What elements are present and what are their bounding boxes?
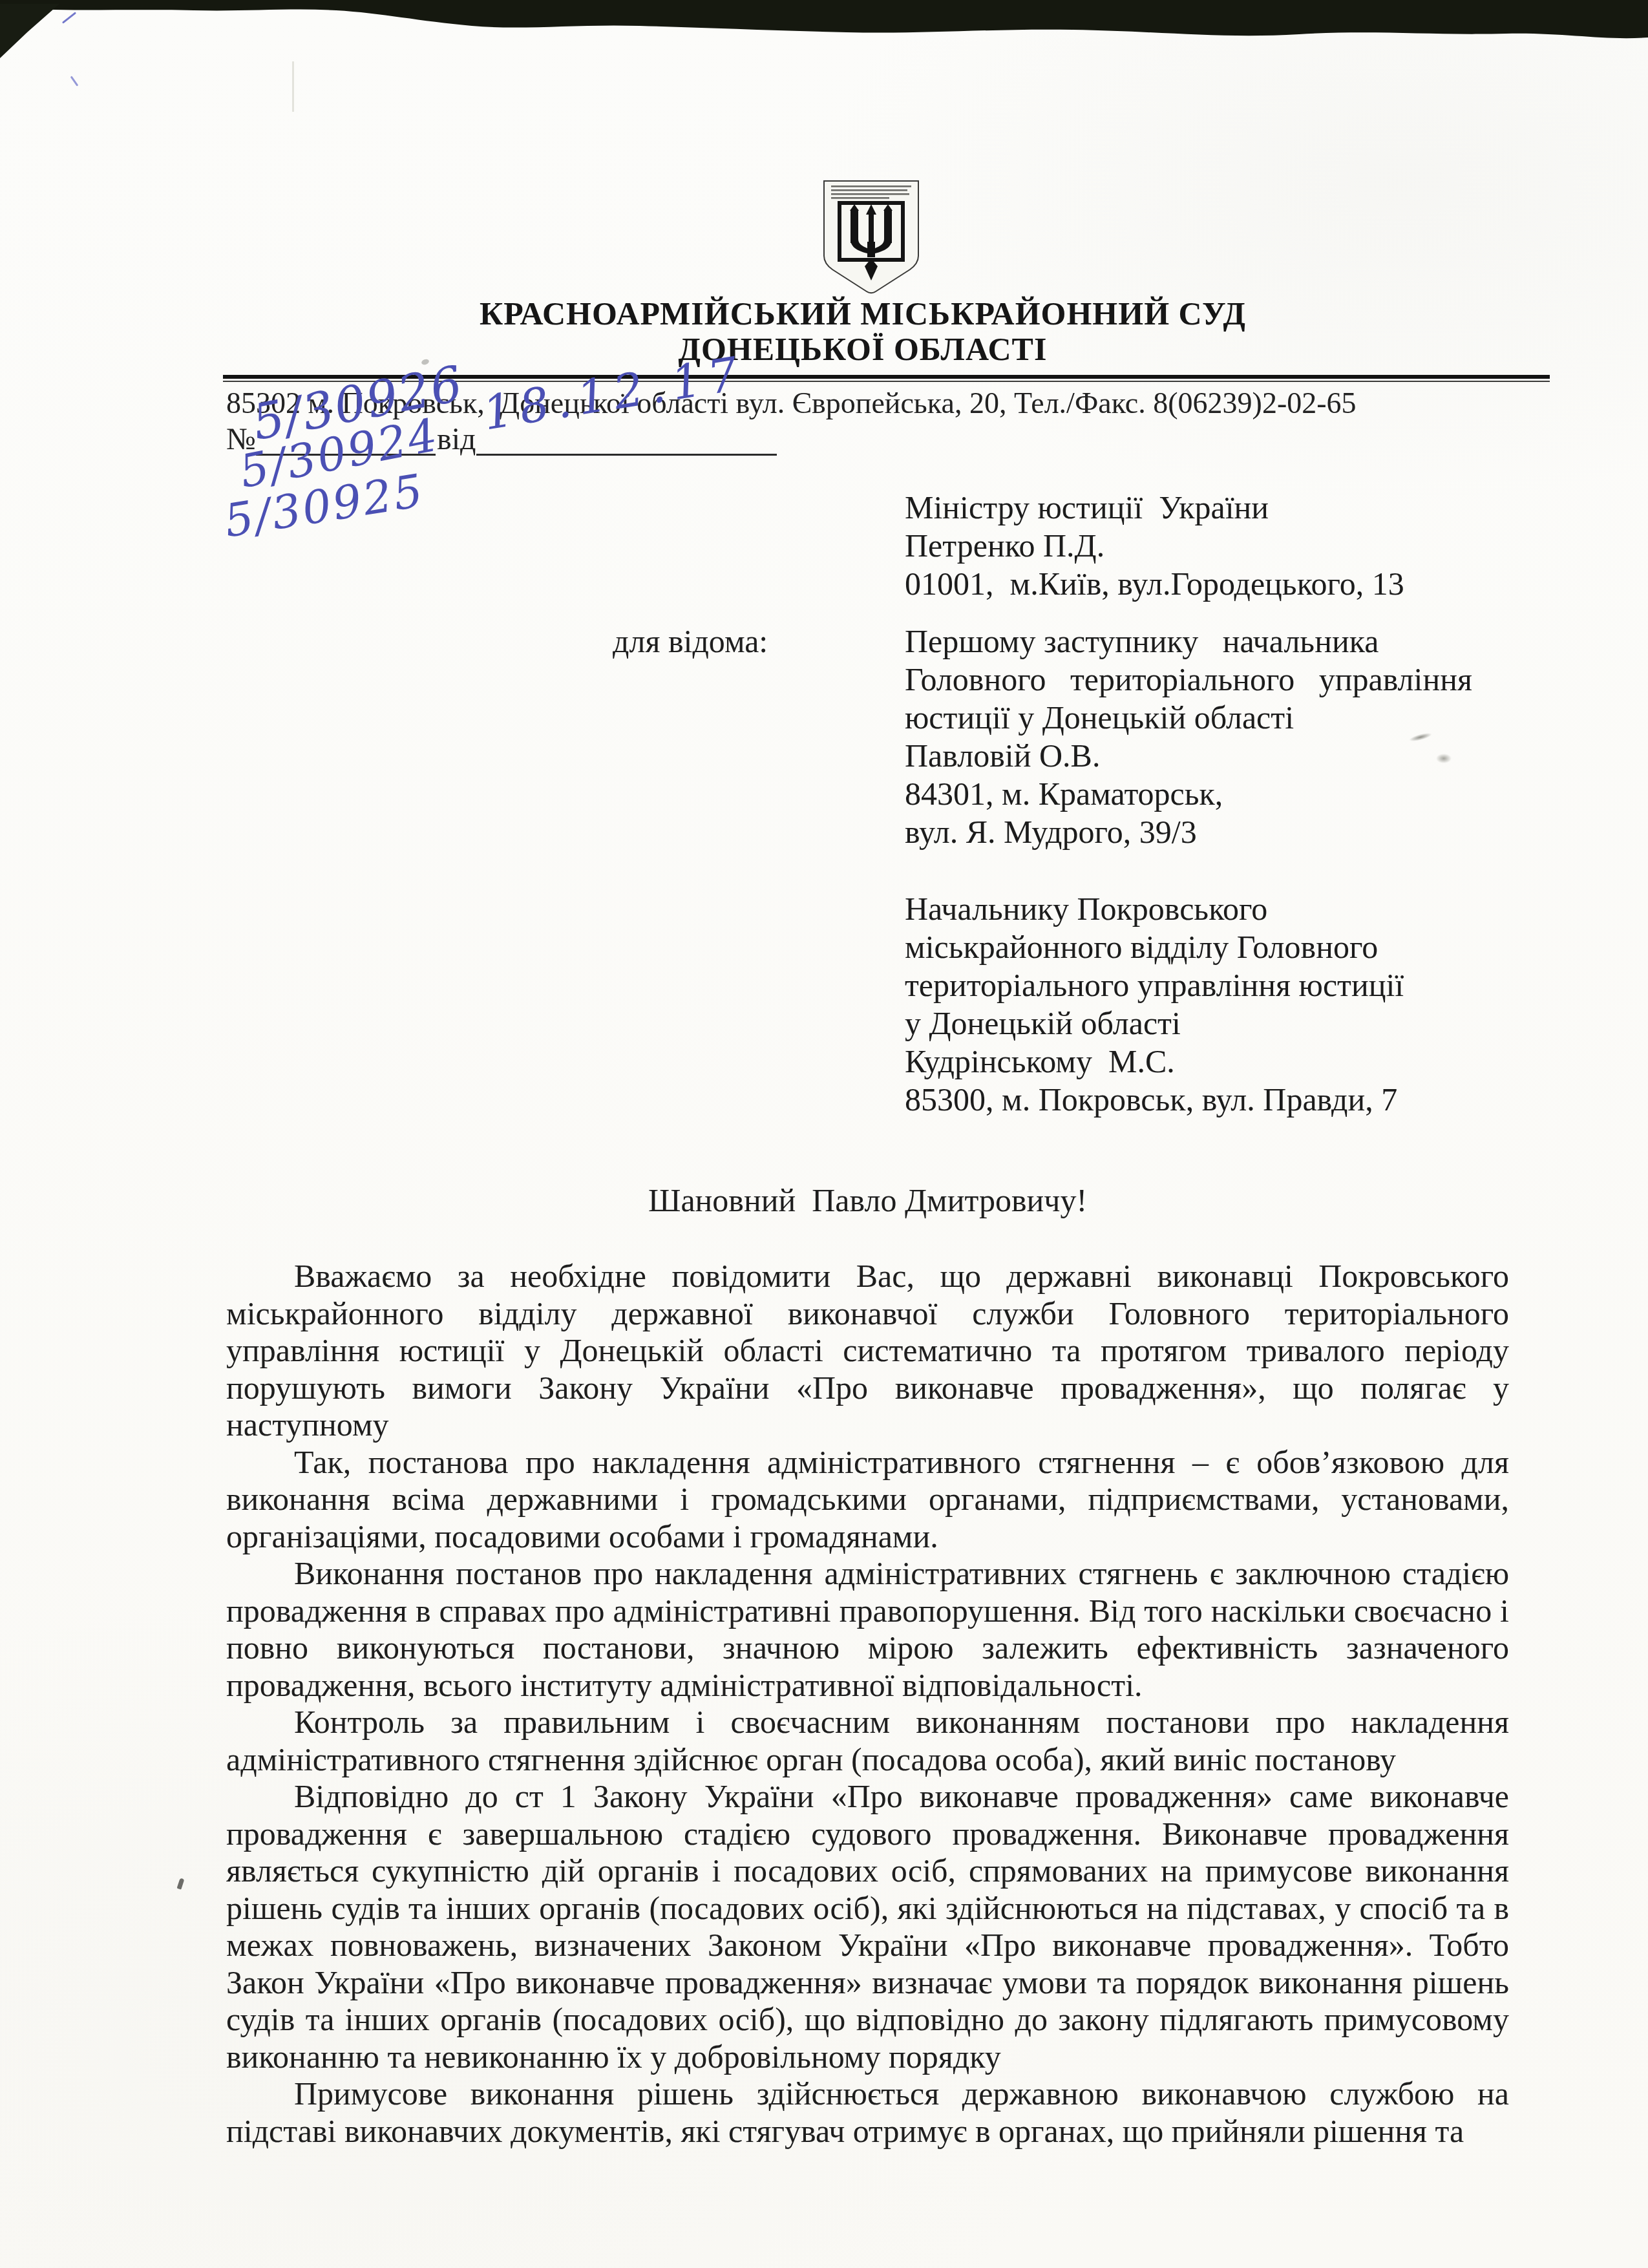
recipient-line: 01001, м.Київ, вул.Городецького, 13 [905, 565, 1404, 603]
recipient-line: Міністру юстиції України [905, 489, 1404, 527]
recipient-second: Першому заступнику начальника Головного … [905, 622, 1472, 851]
recipient-third: Начальнику Покровського міськрайонного в… [905, 890, 1404, 1119]
recipient-line: територіального управління юстиції [905, 966, 1404, 1004]
scan-edge-artifact-top [0, 0, 1648, 58]
court-name-line1: КРАСНОАРМІЙСЬКИЙ МІСЬКРАЙОННИЙ СУД [78, 296, 1648, 332]
scanned-letter-page: КРАСНОАРМІЙСЬКИЙ МІСЬКРАЙОННИЙ СУД ДОНЕЦ… [0, 0, 1648, 2268]
recipient-line: вул. Я. Мудрого, 39/3 [905, 813, 1472, 851]
recipient-line: юстиції у Донецькій області [905, 699, 1472, 737]
ref-date-label: від [437, 421, 476, 458]
paragraph: Контроль за правильним і своєчасним вико… [226, 1704, 1509, 1778]
salutation: Шановний Павло Дмитровичу! [226, 1182, 1509, 1219]
recipient-line: Петренко П.Д. [905, 527, 1404, 565]
paragraph: Примусове виконання рішень здійснюється … [226, 2075, 1509, 2150]
recipient-line: Головного територіального управління [905, 661, 1472, 699]
recipient-line: Кудрінському М.С. [905, 1043, 1404, 1081]
scan-ink-tick [177, 1878, 185, 1889]
paragraph: Виконання постанов про накладення адміні… [226, 1555, 1509, 1704]
pen-stray-mark [70, 76, 79, 86]
recipient-line: Начальнику Покровського [905, 890, 1404, 928]
paragraph: Так, постанова про накладення адміністра… [226, 1444, 1509, 1556]
recipient-primary: Міністру юстиції України Петренко П.Д. 0… [905, 489, 1404, 603]
recipient-line: Павловій О.В. [905, 737, 1472, 775]
recipient-line: Першому заступнику начальника [905, 622, 1472, 661]
ref-date-underline [476, 454, 777, 456]
paragraph: Відповідно до ст 1 Закону України «Про в… [226, 1778, 1509, 2075]
fyi-label: для відома: [613, 622, 768, 661]
letterhead-title: КРАСНОАРМІЙСЬКИЙ МІСЬКРАЙОННИЙ СУД ДОНЕЦ… [78, 296, 1648, 367]
recipient-line: міськрайонного відділу Головного [905, 928, 1404, 966]
letter-body: Вважаємо за необхідне повідомити Вас, що… [226, 1258, 1509, 2150]
paragraph: Вважаємо за необхідне повідомити Вас, що… [226, 1258, 1509, 1444]
recipient-line: у Донецькій області [905, 1004, 1404, 1043]
court-name-line2: ДОНЕЦЬКОЇ ОБЛАСТІ [78, 332, 1648, 367]
scan-scratch-mark [292, 61, 294, 112]
recipient-line: 85300, м. Покровськ, вул. Правди, 7 [905, 1081, 1404, 1119]
ukraine-coat-of-arms-emblem [822, 180, 920, 296]
recipient-line: 84301, м. Краматорськ, [905, 775, 1472, 813]
